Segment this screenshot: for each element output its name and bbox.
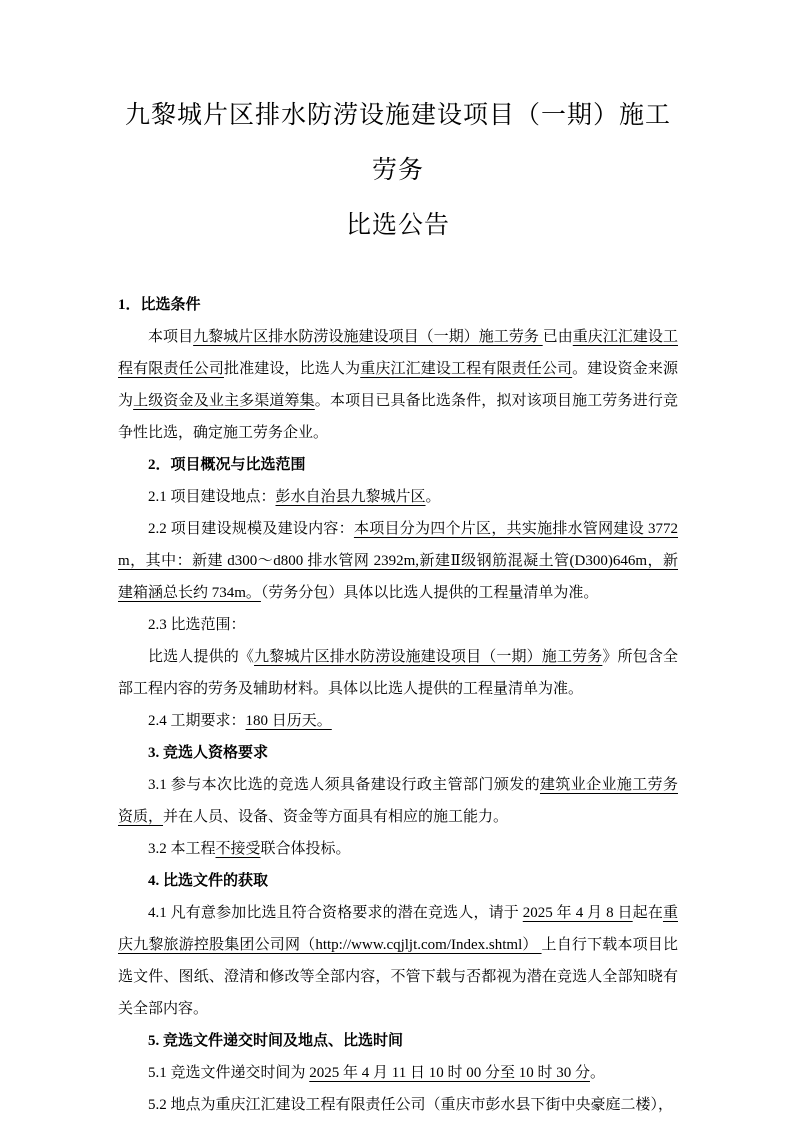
text-run: 4. 比选文件的获取 [148, 873, 268, 889]
text-run: 2.4 工期要求： [148, 713, 246, 729]
clause-3-2: 3.2 本工程不接受联合体投标。 [118, 833, 678, 865]
section-5-heading: 5. 竞选文件递交时间及地点、比选时间 [118, 1025, 678, 1057]
document-title-line1: 九黎城片区排水防涝设施建设项目（一期）施工劳务 [125, 102, 671, 184]
text-run: 。 [590, 1065, 605, 1081]
underlined-text-run: 不接受 [216, 841, 261, 857]
underlined-text-run: 上级资金及业主多渠道筹集 [133, 393, 315, 409]
underlined-text-run: 九黎城片区排水防涝设施建设项目（一期）施工劳务 [254, 649, 602, 665]
text-run: 本项目 [148, 329, 193, 345]
text-run: 5.2 地点为重庆江汇建设工程有限责任公司（重庆市彭水县下街中央豪庭二楼）， [148, 1097, 673, 1113]
text-run: 4.1 凡有意参加比选且符合资格要求的潜在竞选人，请于 [148, 905, 523, 921]
text-run: 3. 竞选人资格要求 [148, 745, 268, 761]
clause-3-1: 3.1 参与本次比选的竞选人须具备建设行政主管部门颁发的建筑业企业施工劳务资质，… [118, 769, 678, 833]
underlined-text-run: 九黎城片区排水防涝设施建设项目（一期）施工劳务 [193, 329, 543, 345]
text-run: 2.2 项目建设规模及建设内容： [148, 521, 354, 537]
text-run: 。 [426, 489, 441, 505]
document-title-line2: 比选公告 [346, 212, 450, 239]
clause-4-1: 4.1 凡有意参加比选且符合资格要求的潜在竞选人，请于 2025 年 4 月 8… [118, 897, 678, 1025]
text-run: 3.1 参与本次比选的竞选人须具备建设行政主管部门颁发的 [148, 777, 540, 793]
text-run: 起在 [633, 905, 663, 921]
clause-2-2: 2.2 项目建设规模及建设内容：本项目分为四个片区，共实施排水管网建设 3772… [118, 513, 678, 609]
text-run: （劳务分包）具体以比选人提供的工程量清单为准。 [261, 585, 599, 601]
clause-5-1: 5.1 竞选文件递交时间为 2025 年 4 月 11 日 10 时 00 分至… [118, 1057, 678, 1089]
document-body: 1．比选条件本项目九黎城片区排水防涝设施建设项目（一期）施工劳务 已由重庆江汇建… [118, 289, 678, 1121]
underlined-text-run: 重庆江汇建设工程有限责任公司 [360, 361, 572, 377]
section-2-heading: 2．项目概况与比选范围 [118, 449, 678, 481]
section-1-heading: 1．比选条件 [118, 289, 678, 321]
underlined-text-run: 2025 年 4 月 8 日 [523, 905, 633, 921]
text-run: 批准建设，比选人为 [224, 361, 360, 377]
clause-2-3-body: 比选人提供的《九黎城片区排水防涝设施建设项目（一期）施工劳务》所包含全部工程内容… [118, 641, 678, 705]
text-run: 并在人员、设备、资金等方面具有相应的施工能力。 [163, 809, 508, 825]
section-3-heading: 3. 竞选人资格要求 [118, 737, 678, 769]
text-run: 2．项目概况与比选范围 [148, 457, 306, 473]
text-run: 联合体投标。 [261, 841, 351, 857]
underlined-text-run: 2025 年 4 月 11 日 10 时 00 分至 10 时 30 分 [309, 1065, 590, 1081]
text-run: 3.2 本工程 [148, 841, 216, 857]
text-run: 2.3 比选范围： [148, 617, 246, 633]
text-run: 1．比选条件 [118, 297, 201, 313]
section-4-heading: 4. 比选文件的获取 [118, 865, 678, 897]
document-title: 九黎城片区排水防涝设施建设项目（一期）施工劳务 比选公告 [118, 88, 678, 253]
text-run: 5.1 竞选文件递交时间为 [148, 1065, 309, 1081]
document-page: 九黎城片区排水防涝设施建设项目（一期）施工劳务 比选公告 1．比选条件本项目九黎… [0, 0, 793, 1122]
clause-2-1: 2.1 项目建设地点：彭水自治县九黎城片区。 [118, 481, 678, 513]
clause-5-2: 5.2 地点为重庆江汇建设工程有限责任公司（重庆市彭水县下街中央豪庭二楼）， [118, 1089, 678, 1121]
text-run: 5. 竞选文件递交时间及地点、比选时间 [148, 1033, 403, 1049]
underlined-text-run: 180 日历天。 [246, 713, 332, 729]
text-run: 2.1 项目建设地点： [148, 489, 276, 505]
text-run: 已由 [543, 329, 573, 345]
underlined-text-run: 彭水自治县九黎城片区 [276, 489, 426, 505]
section-1-body: 本项目九黎城片区排水防涝设施建设项目（一期）施工劳务 已由重庆江汇建设工程有限责… [118, 321, 678, 449]
clause-2-3: 2.3 比选范围： [118, 609, 678, 641]
text-run: 比选人提供的《 [148, 649, 254, 665]
clause-2-4: 2.4 工期要求：180 日历天。 [118, 705, 678, 737]
